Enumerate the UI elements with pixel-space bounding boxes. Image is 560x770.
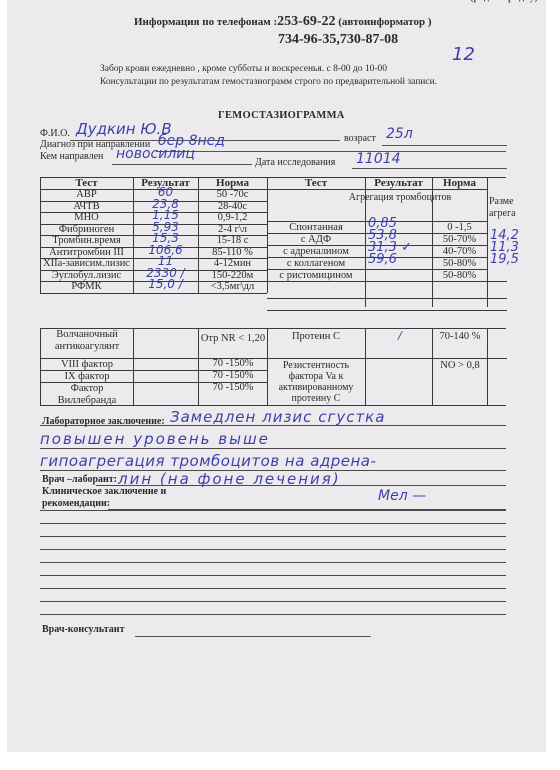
table-rule [487,328,488,405]
factor-norm: Отр NR < 1,20 [200,333,266,345]
document-title: ГЕМОСТАЗИОГРАММА [218,110,345,121]
age-label: возраст [344,133,376,144]
ruled-line [40,549,506,550]
referred-value: новосилиц [116,146,195,162]
agg-norm: 40-70% [432,246,487,257]
lab-conclusion-line-3: гипоагрегация тромбоцитов на адрена- [40,452,376,470]
factor-norm: 70 -150% [200,358,266,370]
lab-conclusion-line-1: Замедлен лизис сгустка [170,408,385,426]
factor-test-name: Волчаночный антикоагулянт [44,329,130,353]
aggregation-group-label: Агрегация тромбоцитов [330,192,470,204]
agg-test-name: с коллагеном [267,258,365,269]
test-name: АЧТВ [40,201,133,212]
table-rule [487,177,488,307]
ruled-line [40,575,506,576]
schedule-line: Забор крови ежедневно , кроме субботы и … [100,64,387,74]
date-value: 11014 [356,151,401,167]
table-header-cell: Норма [198,178,267,189]
ruled-line [40,523,506,524]
phone-extra: 734-96-35,730-87-08 [278,32,398,48]
phone-note: (автоинформатор ) [338,16,431,28]
doctor-lab-label: Врач –лаборант: [42,474,117,485]
table-header-cell: Тест [40,178,133,189]
table-header-cell: Тест [267,178,365,189]
test-name: XIIa-зависим.лизис [40,258,133,269]
table-header-cell: Результат [365,178,432,189]
table-rule [198,328,199,405]
test-norm: 15-18 с [198,235,267,246]
referred-label: Кем направлен [40,151,103,162]
test-name: АВР [40,189,133,200]
age-value: 25л [386,126,413,142]
consult-line: Консультации по результатам гемостазиогр… [100,77,437,87]
table-rule [267,298,507,299]
test-name: МНО [40,212,133,223]
factor-test-name: Фактор Виллебранда [44,383,130,407]
ruled-line [40,614,506,615]
va-resistance-norm: NO > 0,8 [434,360,486,372]
ruled-line [96,485,506,486]
table-rule [40,328,41,405]
table-rule [267,310,507,311]
factor-norm: 70 -150% [200,370,266,382]
fio-label: Ф.И.О. [40,128,70,139]
test-norm: 4-12мин [198,258,267,269]
top-fragment: (ради порядку) [470,0,538,3]
protein-c-name: Протеин С [269,331,363,343]
test-name: Тромбин.время [40,235,133,246]
phone-main: 253-69-22 [277,14,335,29]
test-name: Эуглобул.лизис [40,270,133,281]
ruled-line [40,562,506,563]
clinical-label-1: Клиническое заключение и [42,486,166,497]
test-norm: 50 -70с [198,189,267,200]
test-norm: 28-40с [198,201,267,212]
ruled-line [40,448,506,449]
ruled-line [40,425,506,426]
agg-norm: 50-80% [432,270,487,281]
ruled-line [40,470,506,471]
test-name: РФМК [40,281,133,292]
agg-test-name: с АДФ [267,234,365,245]
ruled-line [40,601,506,602]
agg-norm: 0 -1,5 [432,222,487,233]
phone-label: Информация по телефонам :253-69-22 (авто… [134,14,432,30]
table-rule [133,328,134,405]
va-resistance-name: Резистентность фактора Va к активированн… [269,360,363,404]
protein-c-norm: 70-140 % [434,331,486,343]
phone-label-text: Информация по телефонам : [134,16,277,28]
table-header-cell: Норма [432,178,487,189]
lab-conclusion-line-2: повышен уровень выше [40,430,270,448]
test-result: 15,0 / [133,279,198,290]
test-norm: 150-220м [198,270,267,281]
consultant-label: Врач-консультант [42,624,124,635]
agg-test-name: с ристомицином [267,270,365,281]
agg-size: 19,5 [490,254,530,265]
table-rule [267,358,507,359]
test-norm: 85-110 % [198,247,267,258]
agg-test-name: Спонтанная [267,222,365,233]
agg-norm: 50-80% [432,258,487,269]
agg-result: 59,6 [368,254,428,265]
table-rule [432,328,433,405]
signature: Мел — [378,488,426,504]
agg-test-name: с адреналином [267,246,365,257]
test-norm: <3,5мг\дл [198,281,267,292]
ruled-line [108,509,506,510]
table-rule [267,281,507,282]
factor-norm: 70 -150% [200,382,266,394]
ruled-line [40,510,506,511]
ruled-line [40,588,506,589]
test-norm: 0,9-1,2 [198,212,267,223]
table-rule [267,189,487,190]
page-number: 12 [452,44,475,65]
protein-c-result: / [390,330,410,341]
table-rule [40,293,267,294]
test-name: Антитромбин III [40,247,133,258]
test-name: Фибриноген [40,224,133,235]
table-rule [267,328,268,405]
ruled-line [40,536,506,537]
table-rule [365,328,366,405]
size-header: Разме агрега [489,196,529,220]
date-label: Дата исследования [255,157,335,168]
agg-norm: 50-70% [432,234,487,245]
clinical-label-2: рекомендации: [42,498,110,509]
test-norm: 2-4 г\л [198,224,267,235]
